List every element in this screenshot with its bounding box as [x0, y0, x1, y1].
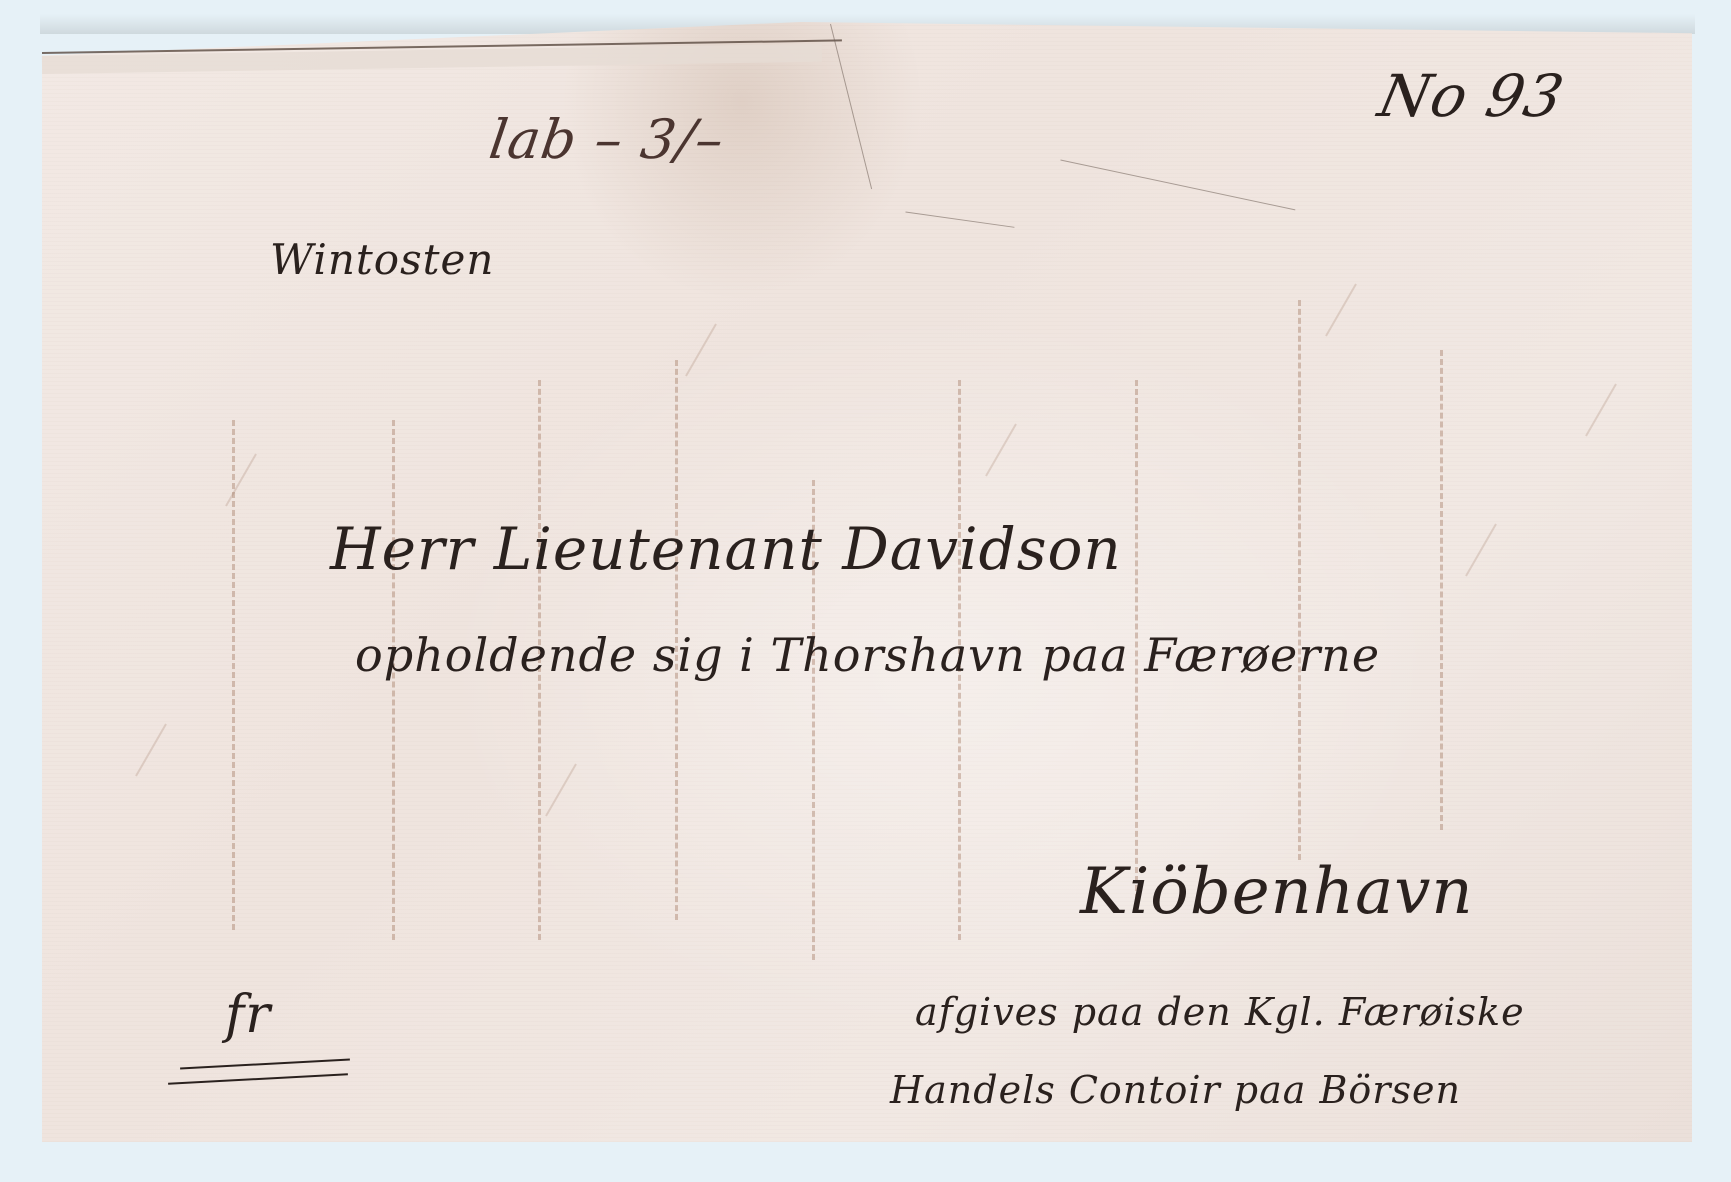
bleed-through: [1298, 300, 1301, 860]
franco-mark: fr: [225, 985, 271, 1045]
bleed-through: [1440, 350, 1443, 830]
destination-city: Kiöbenhavn: [1080, 855, 1474, 929]
addressee-name: Herr Lieutenant Davidson: [330, 515, 1122, 583]
routing-note: Wintosten: [270, 235, 494, 284]
addressee-location: opholdende sig i Thorshavn paa Færøerne: [355, 628, 1380, 682]
delivery-note-line1: afgives paa den Kgl. Færøiske: [915, 990, 1525, 1034]
delivery-note-line2: Handels Contoir paa Börsen: [890, 1068, 1461, 1112]
postage-rate: lab – 3/–: [486, 108, 729, 171]
docket-number: No 93: [1373, 62, 1570, 130]
